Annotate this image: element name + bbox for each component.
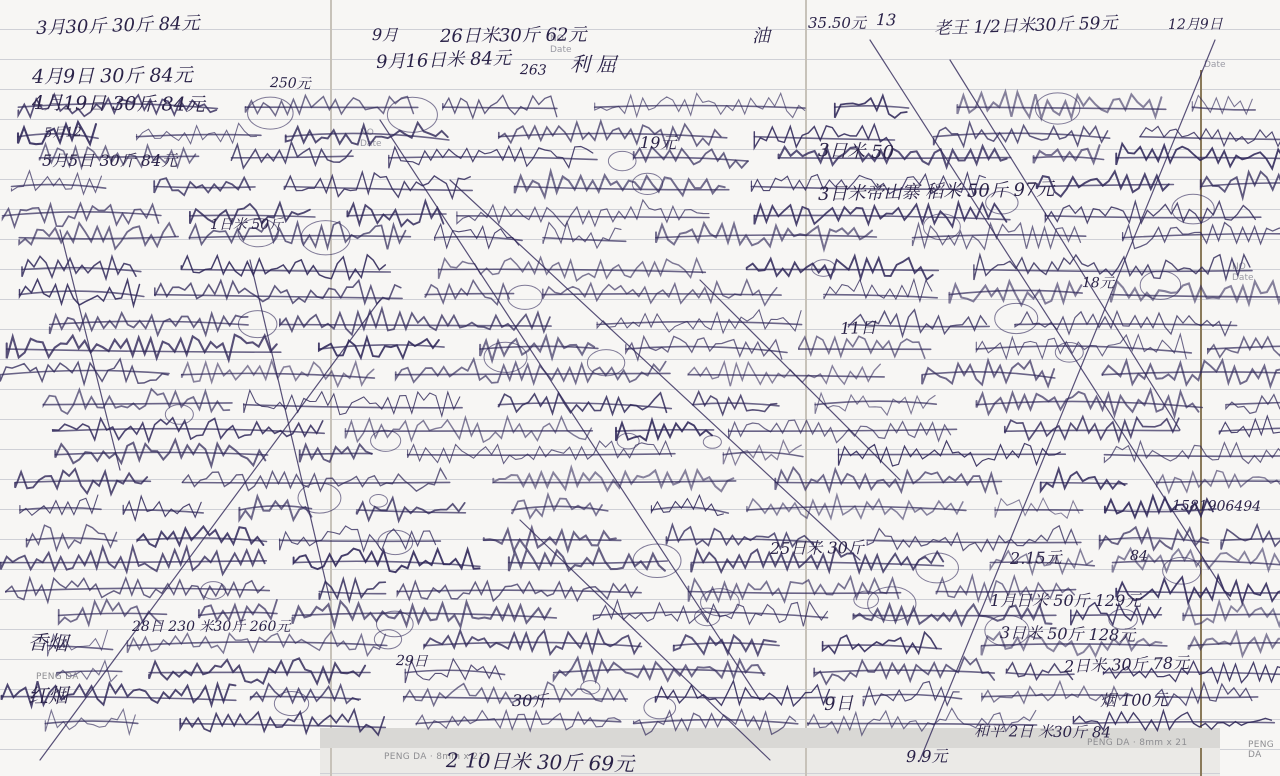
handwritten-entry: 5月12 [44,121,82,141]
handwritten-entry: 9日 [824,689,854,716]
handwritten-entry: 3日米 50 [818,136,895,164]
handwritten-entry: 2.15元 [1010,545,1062,569]
handwritten-entry: 1581906494 [1172,498,1261,515]
handwritten-entry: 3日米帝山寨 稻米 50斤 97元 [818,175,1055,206]
handwritten-entry: 烟 100元 [1100,687,1168,711]
handwritten-entry: 4月19日 30斤 84元 [32,88,205,117]
handwritten-entry: 263 [520,62,547,79]
handwritten-entry: 35.50元 [808,12,866,33]
handwritten-entry: 5月5日 30斤 84元 [42,148,177,171]
handwritten-entry: 84 [1130,548,1148,565]
handwritten-entry: 11日 [840,315,877,339]
handwritten-entry: 9月 [372,22,399,46]
handwritten-entry: 油 [752,22,771,48]
handwritten-entry: 红烟 [28,679,69,709]
handwritten-entry: 19元 [640,130,677,153]
notebook-photo: NODate NODate Date NODate PENG DA · 8mm … [0,0,1280,776]
handwritten-entry: 1日米 50斤 [210,214,283,234]
handwritten-entry: 18元 [1082,272,1114,293]
handwritten-entry: 9月16日米 84元 [376,44,512,74]
handwritten-entry: 和平 2日 米30斤 84 [974,720,1111,742]
handwritten-entry: 香烟 [28,626,69,656]
handwritten-entry: 3日米 50斤 128元 [1000,620,1136,646]
handwritten-entry: 利 屈 [570,48,617,77]
handwritten-entry: 1月日米 50斤 129元 [990,588,1141,611]
handwritten-entry: 4月9日 30斤 84元 [32,60,193,89]
handwritten-entry: 28日 230 米30斤 260元 [132,616,290,636]
handwritten-entry: 26日米30斤 62元 [440,20,587,48]
handwritten-entry: 25日米 30斤 [770,535,864,559]
handwritten-entry: 250元 [270,72,311,93]
handwritten-entry: 2日米 30斤 78元 [1064,650,1190,677]
handwritten-entry: 2 10日米 30斤 69元 [446,744,635,776]
handwritten-entry: 12月9日 [1168,13,1223,34]
handwritten-entry: 30斤 [512,688,549,711]
handwritten-entry: 3月30斤 30斤 84元 [36,9,200,40]
handwritten-entry: 13 [876,10,897,29]
handwritten-entry: 9.9元 [906,744,948,767]
handwritten-entry: 29日 [396,650,428,671]
